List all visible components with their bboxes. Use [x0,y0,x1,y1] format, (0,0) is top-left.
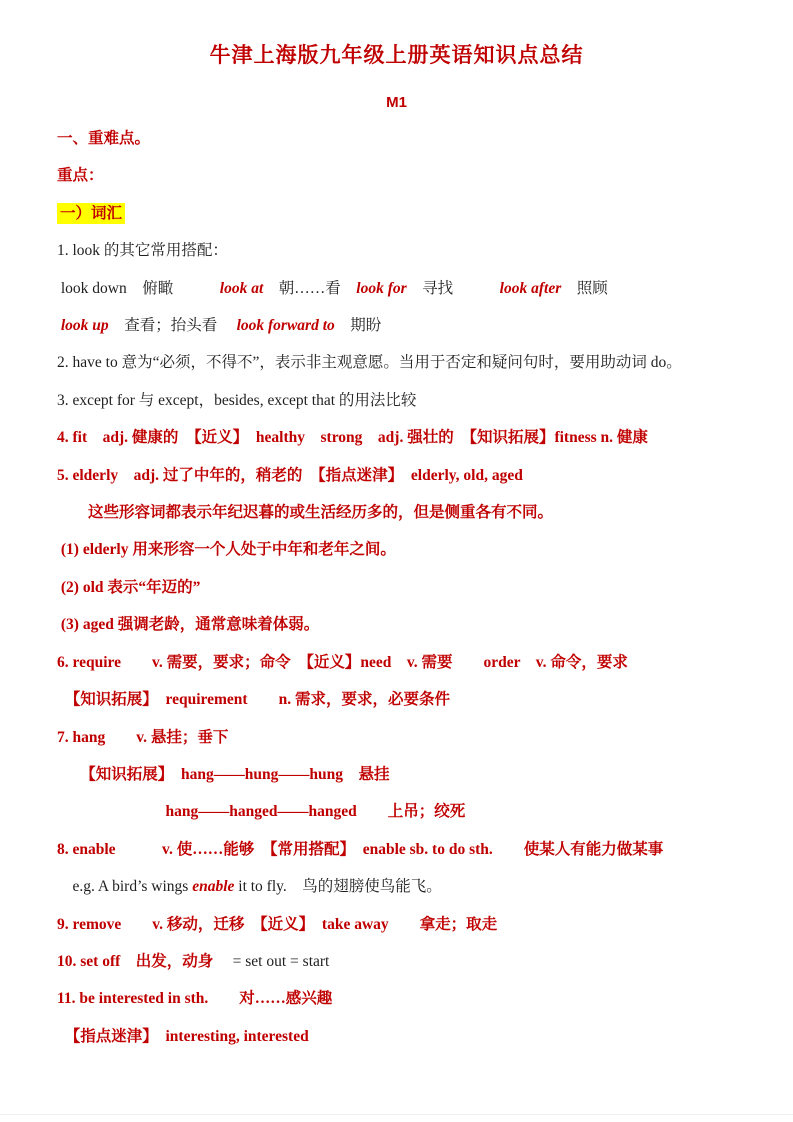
text-segment: (3) aged 强调老龄，通常意味着体弱。 [57,616,319,633]
text-segment: 重点： [57,167,104,184]
module-heading: M1 [0,93,793,113]
text-line: 这些形容词都表示年纪迟暮的或生活经历多的，但是侧重各有不同。 [57,494,736,531]
text-line: look up 查看；抬头看 look forward to 期盼 [57,307,736,344]
text-line: e.g. A bird’s wings enable it to fly. 鸟的… [57,868,736,905]
text-segment: 查看；抬头看 [109,317,237,334]
text-segment: 9. remove v. 移动，迁移 【近义】 take away 拿走；取走 [57,916,497,933]
text-segment: 8. enable v. 使……能够 【常用搭配】 enable sb. to … [57,841,663,858]
text-segment: 7. hang v. 悬挂；垂下 [57,729,228,746]
document-page: 牛津上海版九年级上册英语知识点总结 M1 一、重难点。重点：一）词汇1. loo… [0,0,793,1122]
text-segment: = set out = start [213,953,329,970]
text-line: 【知识拓展】 requirement n. 需求，要求，必要条件 [57,681,736,718]
text-line: 重点： [57,157,736,194]
text-line: 7. hang v. 悬挂；垂下 [57,719,736,756]
text-line: look down 俯瞰 look at 朝……看 look for 寻找 lo… [57,270,736,307]
text-segment: 照顾 [561,280,608,297]
text-segment: 这些形容词都表示年纪迟暮的或生活经历多的，但是侧重各有不同。 [57,504,553,521]
text-segment: look forward to [237,317,335,334]
text-segment: 6. require v. 需要，要求；命令 【近义】need v. 需要 or… [57,654,628,671]
text-segment: 寻找 [407,280,500,297]
text-line: 4. fit adj. 健康的 【近义】 healthy strong adj.… [57,419,736,456]
text-line: 5. elderly adj. 过了中年的，稍老的 【指点迷津】 elderly… [57,457,736,494]
text-segment: 【知识拓展】 hang——hung——hung 悬挂 [57,766,389,783]
text-line: (3) aged 强调老龄，通常意味着体弱。 [57,606,736,643]
text-line: 【知识拓展】 hang——hung——hung 悬挂 [57,756,736,793]
page-bottom-edge [0,1114,793,1115]
text-line: 6. require v. 需要，要求；命令 【近义】need v. 需要 or… [57,644,736,681]
text-segment: 10. set off 出发，动身 [57,953,213,970]
text-segment: 【指点迷津】 interesting, interested [57,1028,309,1045]
text-segment: 5. elderly adj. 过了中年的，稍老的 【指点迷津】 elderly… [57,467,523,484]
text-line: 2. have to 意为“必须，不得不”，表示非主观意愿。当用于否定和疑问句时… [57,344,736,381]
text-line: 一、重难点。 [57,120,736,157]
text-line: 1. look 的其它常用搭配： [57,232,736,269]
text-segment: look up [61,317,109,334]
text-segment: look at [220,280,264,297]
text-segment: (1) elderly 用来形容一个人处于中年和老年之间。 [57,541,396,558]
text-segment: look after [500,280,562,297]
document-body: 一、重难点。重点：一）词汇1. look 的其它常用搭配： look down … [0,120,793,1055]
text-line: hang——hanged——hanged 上吊；绞死 [57,793,736,830]
text-segment: 一）词汇 [57,203,125,224]
text-segment: 4. fit adj. 健康的 【近义】 healthy strong adj.… [57,429,648,446]
text-line: 11. be interested in sth. 对……感兴趣 [57,980,736,1017]
text-line: (1) elderly 用来形容一个人处于中年和老年之间。 [57,531,736,568]
text-segment: 2. have to 意为“必须，不得不”，表示非主观意愿。当用于否定和疑问句时… [57,354,682,371]
text-segment: 一、重难点。 [57,130,150,147]
text-segment: look down 俯瞰 [57,280,220,297]
text-segment: 【知识拓展】 requirement n. 需求，要求，必要条件 [57,691,450,708]
text-segment: it to fly. 鸟的翅膀使鸟能飞。 [234,878,441,895]
text-segment: enable [192,878,234,895]
text-segment: 朝……看 [263,280,356,297]
text-line: 10. set off 出发，动身 = set out = start [57,943,736,980]
text-line: 9. remove v. 移动，迁移 【近义】 take away 拿走；取走 [57,906,736,943]
text-segment: look for [356,280,406,297]
text-line: (2) old 表示“年迈的” [57,569,736,606]
text-line: 【指点迷津】 interesting, interested [57,1018,736,1055]
text-segment: 期盼 [335,317,382,334]
text-line: 一）词汇 [57,195,736,232]
text-segment: hang——hanged——hanged 上吊；绞死 [57,803,465,820]
text-line: 3. except for 与 except，besides, except t… [57,382,736,419]
text-segment: 11. be interested in sth. 对……感兴趣 [57,990,332,1007]
text-segment: (2) old 表示“年迈的” [57,579,200,596]
text-segment: 3. except for 与 except，besides, except t… [57,392,416,409]
text-segment: e.g. A bird’s wings [57,878,192,895]
document-title: 牛津上海版九年级上册英语知识点总结 [0,0,793,69]
text-line: 8. enable v. 使……能够 【常用搭配】 enable sb. to … [57,831,736,868]
text-segment: 1. look 的其它常用搭配： [57,242,228,259]
